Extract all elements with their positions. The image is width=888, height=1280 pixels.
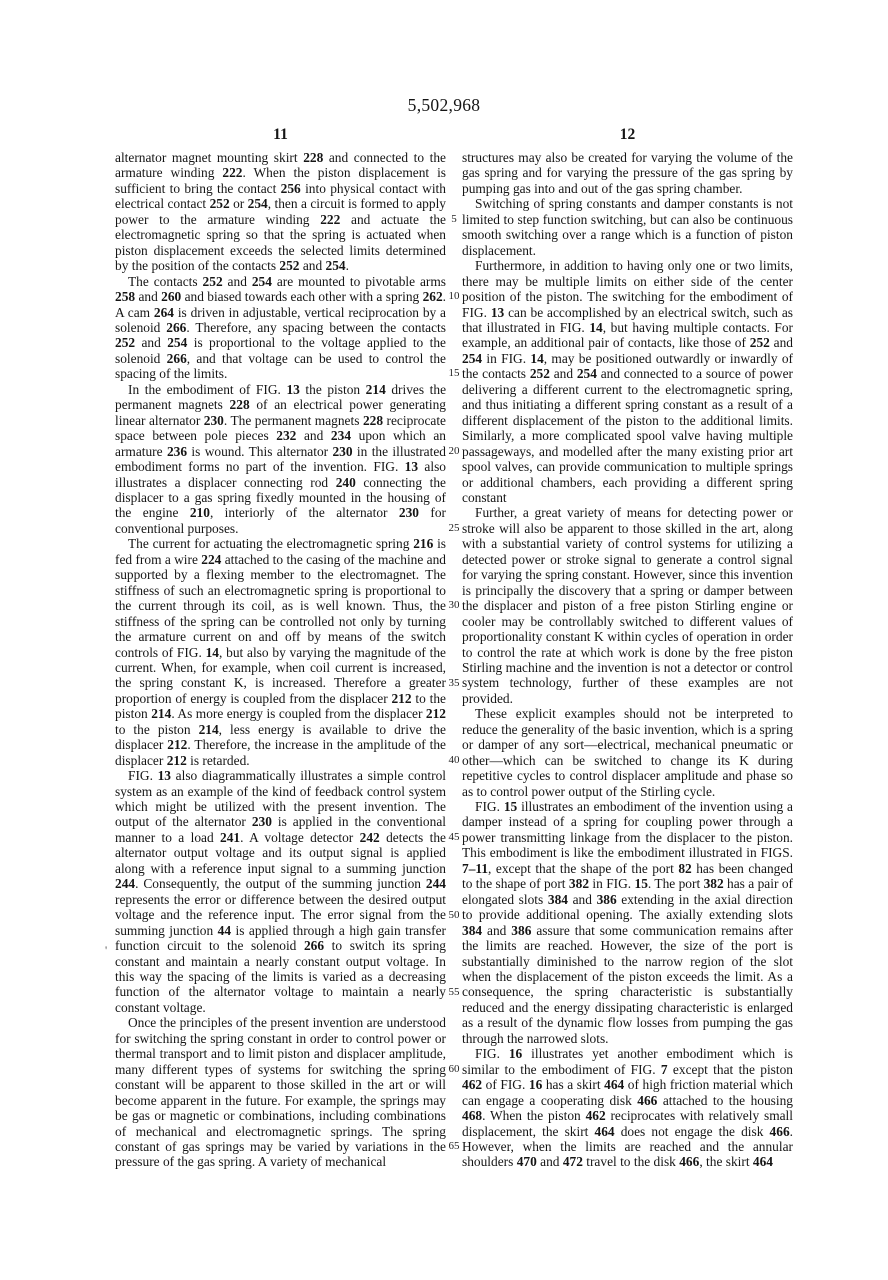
line-number: 55 (446, 985, 462, 1000)
paragraph: Further, a great variety of means for de… (462, 505, 793, 706)
line-number: 40 (446, 753, 462, 768)
paragraph: The contacts 252 and 254 are mounted to … (115, 274, 446, 382)
line-number: 5 (446, 212, 462, 227)
stray-mark: ' (105, 943, 107, 958)
paragraph: FIG. 16 illustrates yet another embodime… (462, 1046, 793, 1170)
paragraph: Switching of spring constants and damper… (462, 196, 793, 258)
paragraph: FIG. 15 illustrates an embodiment of the… (462, 799, 793, 1046)
line-number: 35 (446, 676, 462, 691)
paragraph: Furthermore, in addition to having only … (462, 258, 793, 505)
patent-number: 5,502,968 (0, 95, 888, 116)
column-left-body: alternator magnet mounting skirt 228 and… (115, 150, 446, 1170)
page-content: 11 alternator magnet mounting skirt 228 … (115, 126, 793, 1170)
paragraph: In the embodiment of FIG. 13 the piston … (115, 382, 446, 537)
column-left-number: 11 (115, 126, 446, 150)
patent-page: 5,502,968 ' 11 alternator magnet mountin… (0, 0, 888, 1280)
line-number-gutter: 5101520253035404550556065 (446, 126, 462, 1170)
line-number: 30 (446, 598, 462, 613)
line-number: 15 (446, 366, 462, 381)
line-number: 10 (446, 289, 462, 304)
column-right-number: 12 (462, 126, 793, 150)
line-number: 50 (446, 908, 462, 923)
paragraph: alternator magnet mounting skirt 228 and… (115, 150, 446, 274)
line-number: 65 (446, 1139, 462, 1154)
paragraph: Once the principles of the present inven… (115, 1015, 446, 1170)
line-number: 45 (446, 830, 462, 845)
line-number: 25 (446, 521, 462, 536)
paragraph: structures may also be created for varyi… (462, 150, 793, 196)
paragraph: FIG. 13 also diagrammatically illustrate… (115, 768, 446, 1015)
paragraph: The current for actuating the electromag… (115, 536, 446, 768)
line-number: 20 (446, 444, 462, 459)
column-right: 12 structures may also be created for va… (462, 126, 793, 1170)
column-left: 11 alternator magnet mounting skirt 228 … (115, 126, 446, 1170)
column-right-body: structures may also be created for varyi… (462, 150, 793, 1170)
paragraph: These explicit examples should not be in… (462, 706, 793, 799)
line-number: 60 (446, 1062, 462, 1077)
